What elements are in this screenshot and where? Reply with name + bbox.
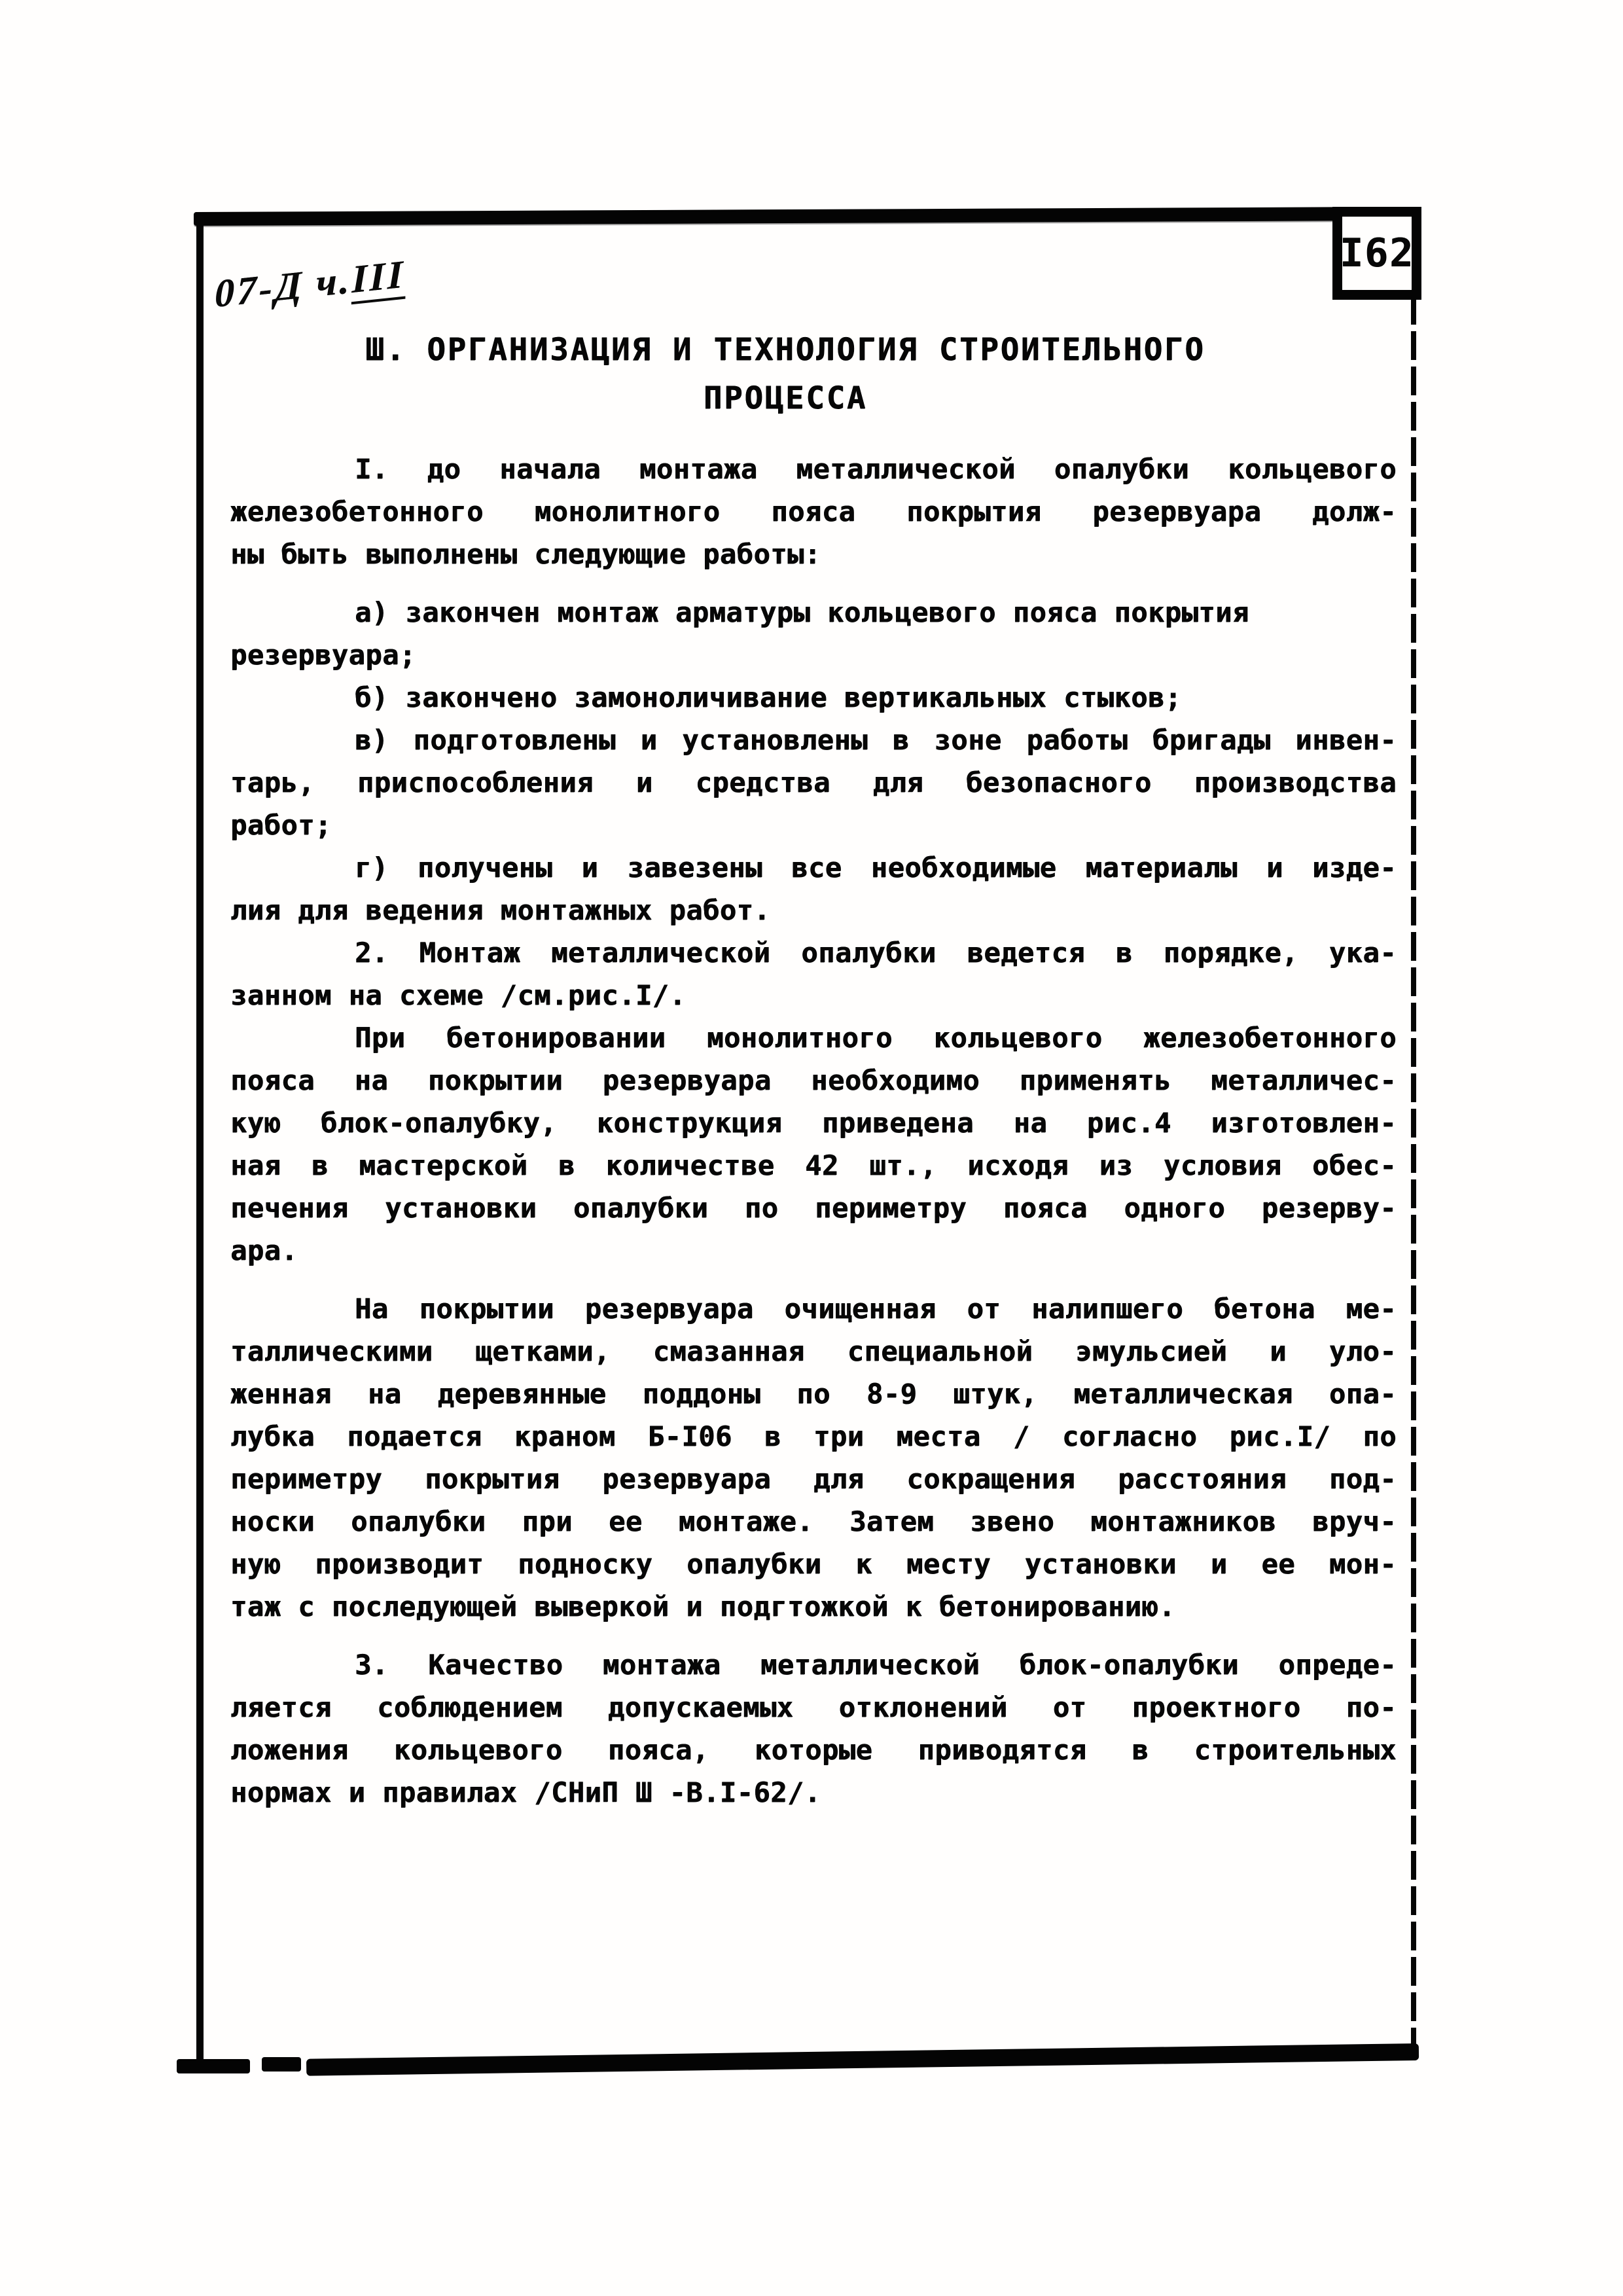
text-line: работ; xyxy=(230,804,1397,846)
handwritten-code-prefix: 07-Д ч. xyxy=(215,258,351,315)
text-line: пояса на покрытии резервуара необходимо … xyxy=(230,1059,1397,1102)
text-line: печения установки опалубки по периметру … xyxy=(230,1187,1397,1229)
frame-bottom-dash xyxy=(177,2059,250,2073)
text-line: ляется соблюдением допускаемых отклонени… xyxy=(230,1686,1397,1729)
text-line: а) закончен монтаж арматуры кольцевого п… xyxy=(230,591,1397,634)
text-line: носки опалубки при ее монтаже. Затем зве… xyxy=(230,1500,1397,1543)
text-line: железобетонного монолитного пояса покрыт… xyxy=(230,490,1397,533)
frame-left-border xyxy=(196,216,204,2063)
frame-bottom-dash xyxy=(262,2057,301,2072)
text-line: 3. Качество монтажа металлической блок-о… xyxy=(230,1643,1397,1686)
text-line: тарь, приспособления и средства для безо… xyxy=(230,761,1397,804)
text-line: женная на деревянные поддоны по 8-9 штук… xyxy=(230,1372,1397,1415)
text-line: таллическими щетками, смазанная специаль… xyxy=(230,1330,1397,1372)
scanned-page: I62 07-Д ч.III Ш. ОРГАНИЗАЦИЯ И ТЕХНОЛОГ… xyxy=(0,0,1623,2296)
text-line: I. до начала монтажа металлической опалу… xyxy=(230,448,1397,490)
handwritten-code-roman: III xyxy=(351,252,405,304)
frame-bottom-border xyxy=(306,2043,1419,2076)
text-line: в) подготовлены и установлены в зоне раб… xyxy=(230,719,1397,761)
handwritten-doc-code: 07-Д ч.III xyxy=(215,252,405,315)
text-line: таж с последующей выверкой и подгтожкой … xyxy=(230,1585,1397,1628)
text-line: занном на схеме /см.рис.I/. xyxy=(230,974,1397,1016)
text-line: ара. xyxy=(230,1229,1397,1272)
text-line: ная в мастерской в количестве 42 шт., ис… xyxy=(230,1144,1397,1187)
page-number-box: I62 xyxy=(1332,207,1421,300)
text-line: г) получены и завезены все необходимые м… xyxy=(230,846,1397,889)
text-line: б) закончено замоноличивание вертикальны… xyxy=(230,676,1397,719)
text-line: ную производит подноску опалубки к месту… xyxy=(230,1543,1397,1585)
text-line: резервуара; xyxy=(230,634,1397,676)
text-line: ложения кольцевого пояса, которые привод… xyxy=(230,1729,1397,1771)
text-line: ны быть выполнены следующие работы: xyxy=(230,533,1397,575)
page-number: I62 xyxy=(1340,234,1414,273)
section-title-line1: Ш. ОРГАНИЗАЦИЯ И ТЕХНОЛОГИЯ СТРОИТЕЛЬНОГ… xyxy=(229,326,1342,374)
frame-top-border xyxy=(194,207,1338,226)
section-title-line2: ПРОЦЕССА xyxy=(229,374,1342,423)
frame-right-border xyxy=(1411,296,1416,2056)
text-line: кую блок-опалубку, конструкция приведена… xyxy=(230,1102,1397,1144)
text-line: При бетонировании монолитного кольцевого… xyxy=(230,1016,1397,1059)
section-title: Ш. ОРГАНИЗАЦИЯ И ТЕХНОЛОГИЯ СТРОИТЕЛЬНОГ… xyxy=(229,326,1342,423)
text-line: нормах и правилах /СНиП Ш -В.I-62/. xyxy=(230,1771,1397,1814)
text-line: периметру покрытия резервуара для сокращ… xyxy=(230,1458,1397,1500)
text-line: 2. Монтаж металлической опалубки ведется… xyxy=(230,931,1397,974)
document-body: I. до начала монтажа металлической опалу… xyxy=(230,448,1397,1814)
text-line: лубка подается краном Б-I06 в три места … xyxy=(230,1415,1397,1458)
text-line: На покрытии резервуара очищенная от нали… xyxy=(230,1287,1397,1330)
text-line: лия для ведения монтажных работ. xyxy=(230,889,1397,931)
